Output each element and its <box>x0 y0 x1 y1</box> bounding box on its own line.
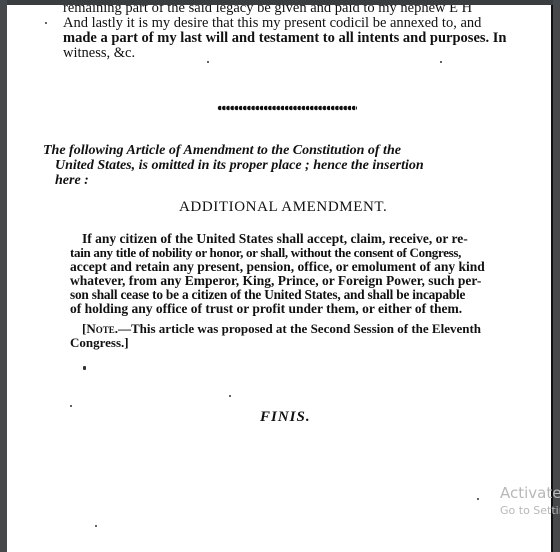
scan-speck <box>70 405 72 407</box>
amendment-line: accept and retain any present, pension, … <box>70 259 485 274</box>
note-text: —This article was proposed at the Second… <box>118 321 481 336</box>
scan-speck <box>229 395 231 397</box>
codicil-line: And lastly it is my desire that this my … <box>63 16 481 31</box>
viewer-left-frame <box>0 0 7 552</box>
scan-speck <box>477 498 479 500</box>
note-line: [Note.—This article was proposed at the … <box>82 321 481 336</box>
codicil-line: witness, &c. <box>63 46 135 61</box>
scan-speck <box>45 22 47 24</box>
amendment-line: If any citizen of the United States shal… <box>82 231 468 246</box>
intro-line: here : <box>55 173 89 188</box>
document-viewer: remaining part of the said legacy be giv… <box>0 0 560 552</box>
scan-speck <box>440 61 442 63</box>
note-label: [Note. <box>82 321 118 336</box>
scan-speck <box>95 525 97 527</box>
viewer-right-scrollbar[interactable] <box>553 0 560 552</box>
wavy-rule-ornament-icon <box>217 105 357 111</box>
document-page: remaining part of the said legacy be giv… <box>7 5 553 552</box>
note-line: Congress.] <box>70 335 129 350</box>
section-heading: ADDITIONAL AMENDMENT. <box>179 199 387 216</box>
activation-watermark-title: Activate <box>500 484 560 502</box>
scan-speck <box>207 61 209 63</box>
codicil-line: made a part of my last will and testamen… <box>63 31 506 46</box>
amendment-line: of holding any office of trust or profit… <box>70 301 462 316</box>
amendment-line: whatever, from any Emperor, King, Prince… <box>70 273 481 288</box>
amendment-line: son shall cease to be a citizen of the U… <box>70 287 465 302</box>
activation-watermark-subtitle: Go to Settings <box>500 504 560 517</box>
intro-line: The following Article of Amendment to th… <box>43 143 401 158</box>
finis-label: FINIS. <box>260 409 311 426</box>
page-border-rule <box>551 5 553 552</box>
scan-speck <box>83 366 86 370</box>
amendment-line: tain any title of nobility or honor, or … <box>70 245 461 260</box>
intro-line: United States, is omitted in its proper … <box>55 158 424 173</box>
